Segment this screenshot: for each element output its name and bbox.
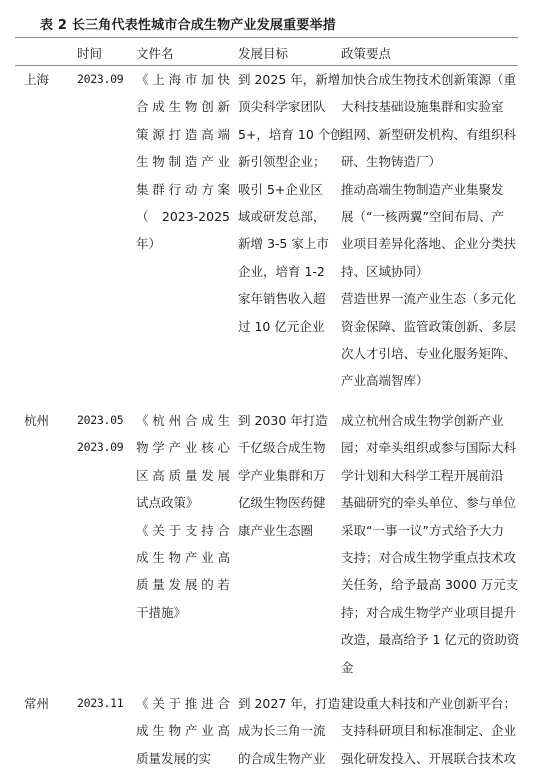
row-document-line: 干措施》	[136, 599, 230, 626]
row-goal: 到 2030 年打造千亿级合成生物学产业集群和万亿级生物医药健康产业生态圈	[238, 407, 330, 544]
row-policy-line: 持；对合成生物学产业项目提升	[341, 599, 517, 626]
row-goal-line: 千亿级合成生物	[238, 434, 330, 461]
row-document-line: 《关于支持合	[136, 517, 230, 544]
row-document-line: 试点政策》	[136, 489, 230, 516]
row-policy-line: 学计划和大科学工程开展前沿	[341, 462, 517, 489]
row-policy-line: 大科技基础设施集群和实验室	[341, 93, 517, 120]
row-goal-line: 学产业集群和万	[238, 462, 330, 489]
row-policy-line: 持、区域协同）	[341, 258, 517, 285]
row-time: 2023.09	[77, 66, 135, 93]
header-document: 文件名	[136, 44, 174, 62]
row-policy-line: 基础研究的牵头单位、参与单位	[341, 489, 517, 516]
row-goal-line: 5+，培育 10 个创	[238, 121, 330, 148]
row-policy-line: 建设重大科技和产业创新平台；	[341, 690, 517, 717]
row-policy-line: 加快合成生物技术创新策源（重	[341, 66, 517, 93]
row-goal-line: 的合成生物产业	[238, 745, 330, 772]
row-goal: 到 2025 年，新增顶尖科学家团队5+，培育 10 个创新引领型企业；吸引 5…	[238, 66, 330, 340]
row-city-line: 常州	[24, 690, 64, 717]
row-policy: 加快合成生物技术创新策源（重大科技基础设施集群和实验室组网、新型研发机构、有组织…	[341, 66, 517, 395]
row-policy-line: 产业高端智库）	[341, 367, 517, 394]
row-city: 上海	[24, 66, 64, 93]
row-policy-line: 次人才引培、专业化服务矩阵、	[341, 340, 517, 367]
row-time-line: 2023.09	[77, 434, 135, 461]
row-time: 2023.11	[77, 690, 135, 717]
row-policy-line: 推动高端生物制造产业集聚发	[341, 176, 517, 203]
row-city-line: 杭州	[24, 407, 64, 434]
table-top-rule	[15, 37, 518, 38]
row-policy-line: 金	[341, 654, 517, 681]
row-document-line: 集群行动方案	[136, 176, 230, 203]
row-goal-line: 到 2030 年打造	[238, 407, 330, 434]
row-goal-line: 域或研发总部，	[238, 203, 330, 230]
row-policy: 成立杭州合成生物学创新产业园；对牵头组织或参与国际大科学计划和大科学工程开展前沿…	[341, 407, 517, 681]
row-policy-line: 园；对牵头组织或参与国际大科	[341, 434, 517, 461]
row-goal: 到 2027 年，打造成为长三角一流的合成生物产业	[238, 690, 330, 772]
row-goal-line: 康产业生态圈	[238, 517, 330, 544]
row-policy-line: 业项目差异化落地、企业分类扶	[341, 230, 517, 257]
row-document-line: 生物制造产业	[136, 148, 230, 175]
row-document-line: 《杭州合成生	[136, 407, 230, 434]
row-document-line: 质量发展的实	[136, 745, 230, 772]
row-policy-line: 研、生物铸造厂）	[341, 148, 517, 175]
row-goal-line: 顶尖科学家团队	[238, 93, 330, 120]
row-policy-line: 关任务，给予最高 3000 万元支	[341, 571, 517, 598]
row-goal-line: 新引领型企业；	[238, 148, 330, 175]
row-goal-line: 企业，培育 1-2	[238, 258, 330, 285]
row-goal-line: 到 2027 年，打造	[238, 690, 330, 717]
row-document-line: 《关于推进合	[136, 690, 230, 717]
row-document-line: 物学产业核心	[136, 434, 230, 461]
row-goal-line: 家年销售收入超	[238, 285, 330, 312]
row-goal-line: 吸引 5+企业区	[238, 176, 330, 203]
row-policy-line: 营造世界一流产业生态（多元化	[341, 285, 517, 312]
row-document: 《杭州合成生物学产业核心区高质量发展试点政策》《关于支持合成生物产业高质量发展的…	[136, 407, 230, 626]
row-policy-line: 组网、新型研发机构、有组织科	[341, 121, 517, 148]
row-policy-line: 支持科研项目和标准制定、企业	[341, 717, 517, 744]
row-goal-line: 亿级生物医药健	[238, 489, 330, 516]
row-document-line: 成生物产业高	[136, 717, 230, 744]
row-goal-line: 成为长三角一流	[238, 717, 330, 744]
row-policy-line: 展（“一核两翼”空间布局、产	[341, 203, 517, 230]
row-document-line: （ 2023-2025	[136, 203, 230, 230]
row-policy-line: 支持；对合成生物学重点技术攻	[341, 544, 517, 571]
row-time-line: 2023.11	[77, 690, 135, 717]
row-city: 杭州	[24, 407, 64, 434]
row-policy-line: 改造，最高给予 1 亿元的资助资	[341, 626, 517, 653]
row-time-line: 2023.05	[77, 407, 135, 434]
row-document-line: 质量发展的若	[136, 571, 230, 598]
row-document-line: 成生物产业高	[136, 544, 230, 571]
row-document-line: 策源打造高端	[136, 121, 230, 148]
table-title: 表 2 长三角代表性城市合成生物产业发展重要举措	[40, 14, 336, 33]
header-policy: 政策要点	[341, 44, 391, 62]
header-goal: 发展目标	[238, 44, 288, 62]
row-time-line: 2023.09	[77, 66, 135, 93]
row-document: 《上海市加快合成生物创新策源打造高端生物制造产业集群行动方案（ 2023-202…	[136, 66, 230, 258]
row-policy-line: 强化研发投入、开展联合技术攻	[341, 745, 517, 772]
row-policy-line: 资金保障、监管政策创新、多层	[341, 313, 517, 340]
row-city-line: 上海	[24, 66, 64, 93]
row-goal-line: 过 10 亿元企业	[238, 313, 330, 340]
row-policy-line: 采取“一事一议”方式给予大力	[341, 517, 517, 544]
row-goal-line: 到 2025 年，新增	[238, 66, 330, 93]
row-goal-line: 新增 3-5 家上市	[238, 230, 330, 257]
header-time: 时间	[77, 44, 102, 62]
row-document-line: 《上海市加快	[136, 66, 230, 93]
row-policy: 建设重大科技和产业创新平台；支持科研项目和标准制定、企业强化研发投入、开展联合技…	[341, 690, 517, 772]
row-document: 《关于推进合成生物产业高质量发展的实	[136, 690, 230, 772]
row-policy-line: 成立杭州合成生物学创新产业	[341, 407, 517, 434]
row-document-line: 区高质量发展	[136, 462, 230, 489]
row-document-line: 合成生物创新	[136, 93, 230, 120]
row-document-line: 年）	[136, 230, 230, 257]
row-time: 2023.052023.09	[77, 407, 135, 462]
row-city: 常州	[24, 690, 64, 717]
